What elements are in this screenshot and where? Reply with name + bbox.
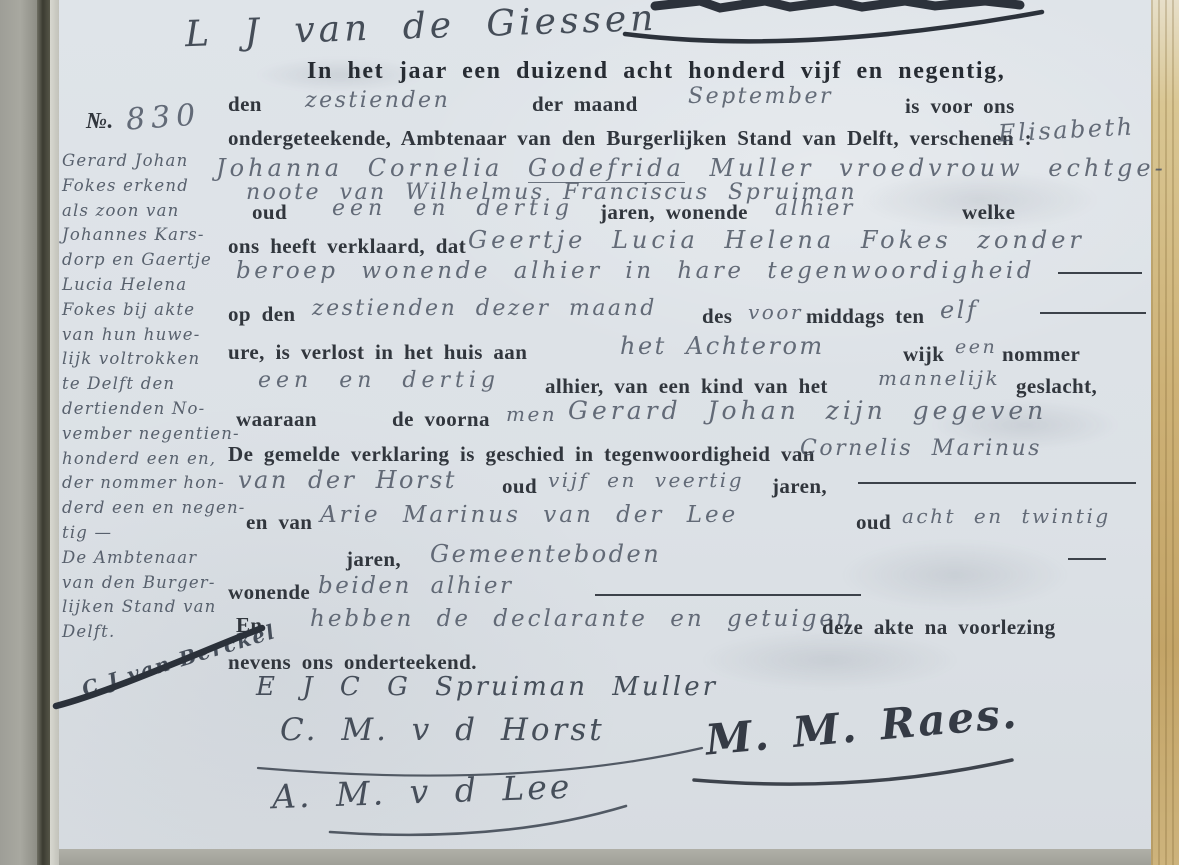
entry-voor: voor [748,300,803,324]
entry-birth-day: zestienden dezer maand [312,296,657,321]
entry-declarant-names: Johanna Cornelia Godefrida Muller vroedv… [216,154,1167,182]
margin-note-line: Fokes bij akte [62,300,234,325]
entry-child-names: Gerard Johan zijn gegeven [568,396,1047,425]
act-year-header: In het jaar een duizend acht honderd vij… [307,58,1005,85]
entry-gender: mannelijk [878,366,1000,390]
printed-wonende: wonende [228,580,310,605]
book-binding-groove [37,0,50,865]
printed-der-maand: der maand [532,92,638,117]
entry-declarant-names-part1: Johanna Cornelia [216,154,528,182]
entry-witness1-age: vijf en veertig [548,468,744,492]
printed-middags-ten: middags ten [806,304,925,329]
printed-oud: oud [252,200,287,225]
printed-is-voor-ons: is voor ons [905,94,1015,119]
margin-note-line: derd een en negen- [62,498,234,523]
entry-hour: elf [940,296,978,324]
printed-deze-akte: deze akte na voorlezing [822,615,1056,640]
margin-note-line: lijk voltrokken [62,349,234,374]
filler-dash [1068,558,1106,560]
entry-witness1-surname: van der Horst [238,466,457,494]
printed-jaren-w2: jaren, [346,547,401,572]
entry-month: September [688,84,833,109]
printed-jaren-w1: jaren, [772,474,827,499]
filler-dash [1040,312,1146,314]
entry-voornamen-suffix: men [506,402,557,426]
printed-wijk: wijk [903,342,944,367]
entry-witness2-name: Arie Marinus van der Lee [320,502,738,528]
printed-official-line: ondergeteekende, Ambtenaar van den Burge… [228,126,1032,151]
printed-en-van: en van [246,510,312,535]
margin-note-line: tig — [62,523,234,548]
margin-note-line: honderd een en, [62,449,234,474]
entry-closing-hands: hebben de declarante en getuigen [310,606,854,632]
printed-des: des [702,304,732,329]
page-bottom-shadow [59,849,1151,865]
printed-oud-w1: oud [502,474,537,499]
printed-nommer: nommer [1002,342,1080,367]
entry-wijk: een [955,336,997,358]
entry-witness-residence: beiden alhier [318,573,514,599]
act-number-label: №. [86,108,114,134]
entry-declarant-residence: alhier [775,196,855,221]
entry-declarant-underlined-name: Godefrida [528,154,685,183]
entry-declarant-names-part2: Muller vroedvrouw echtge- [685,154,1167,182]
margin-note-line: Lucia Helena [62,275,234,300]
printed-op-den: op den [228,302,296,327]
scanned-birth-record-page: L J van de Giessen In het jaar een duize… [0,0,1179,865]
printed-waaraan: waaraan [236,407,317,432]
filler-dash [595,594,861,596]
margin-note-line: der nommer hon- [62,473,234,498]
entry-day: zestienden [305,88,450,113]
margin-annotation: Gerard Johan Fokes erkend als zoon van J… [62,151,234,647]
margin-note-line: van den Burger- [62,573,234,598]
margin-note-line: als zoon van [62,201,234,226]
binding-paper-sliver [50,0,59,865]
margin-note-line: vember negentien- [62,424,234,449]
margin-note-line: Fokes erkend [62,176,234,201]
margin-note-line: dorp en Gaertje [62,250,234,275]
bleed-through-ghost [840,540,1070,610]
entry-mother-occupation: beroep wonende alhier in hare tegenwoord… [236,258,1035,284]
margin-note-line: dertienden No- [62,399,234,424]
entry-witness-occupation: Gemeenteboden [430,540,661,568]
margin-note-line: Johannes Kars- [62,225,234,250]
entry-street: het Achterom [620,332,825,360]
entry-mother-name: Geertje Lucia Helena Fokes zonder [468,226,1085,254]
margin-note-line: van hun huwe- [62,325,234,350]
previous-page-edge [0,0,37,865]
filler-dash [1058,272,1142,274]
entry-witness1-firstnames: Cornelis Marinus [800,436,1042,461]
entry-house-number: een en dertig [258,368,500,393]
signature-declarant: E J C G Spruiman Muller [256,672,718,702]
printed-verklaard-dat: ons heeft verklaard, dat [228,234,466,259]
printed-witness-intro: De gemelde verklaring is geschied in teg… [228,442,815,467]
margin-note-line: De Ambtenaar [62,548,234,573]
printed-jaren-wonende: jaren, wonende [600,200,748,225]
printed-den: den [228,92,262,117]
entry-declarant-age: een en dertig [332,196,574,221]
signature-witness1: C. M. v d Horst [280,712,605,748]
margin-note-line: Gerard Johan [62,151,234,176]
stacked-page-edge-lines [1151,0,1179,865]
printed-de-voorna: de voorna [392,407,490,432]
printed-welke: welke [962,200,1015,225]
printed-ure-verlost: ure, is verlost in het huis aan [228,340,527,365]
margin-note-line: lijken Stand van [62,597,234,622]
act-number-value: 830 [125,97,203,137]
printed-oud-w2: oud [856,510,891,535]
entry-witness2-age: acht en twintig [902,504,1111,528]
filler-dash [858,482,1136,484]
margin-note-line: te Delft den [62,374,234,399]
